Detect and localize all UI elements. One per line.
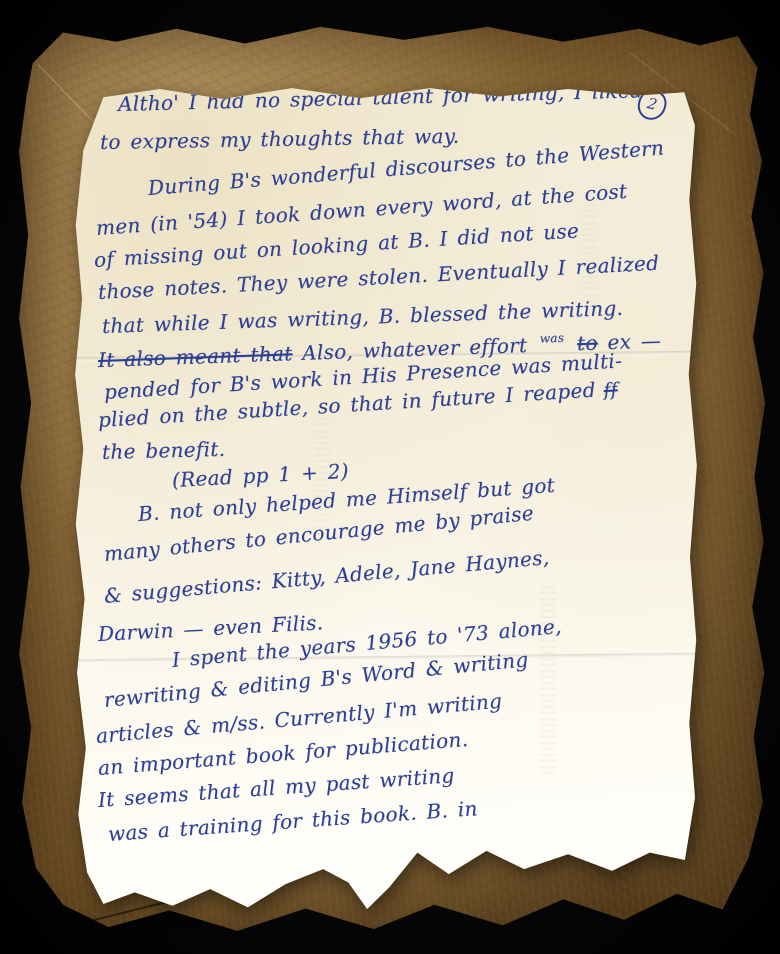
letter-line-11: the benefit. xyxy=(102,437,226,464)
show-through-smudge xyxy=(540,584,556,774)
photo-background: 2 Altho' I had no special talent for wri… xyxy=(0,0,780,954)
struck-out-letters: ff xyxy=(603,379,618,401)
struck-out-text: It also meant that xyxy=(98,341,293,372)
letter-page-wrap: 2 Altho' I had no special talent for wri… xyxy=(72,84,700,914)
letter-line-2: to express my thoughts that way. xyxy=(100,124,460,154)
letter-page: 2 Altho' I had no special talent for wri… xyxy=(72,84,700,914)
circled-page-number: 2 xyxy=(635,87,669,123)
inserted-word: was xyxy=(539,331,564,346)
letter-line-1: Altho' I had no special talent for writi… xyxy=(118,78,644,116)
